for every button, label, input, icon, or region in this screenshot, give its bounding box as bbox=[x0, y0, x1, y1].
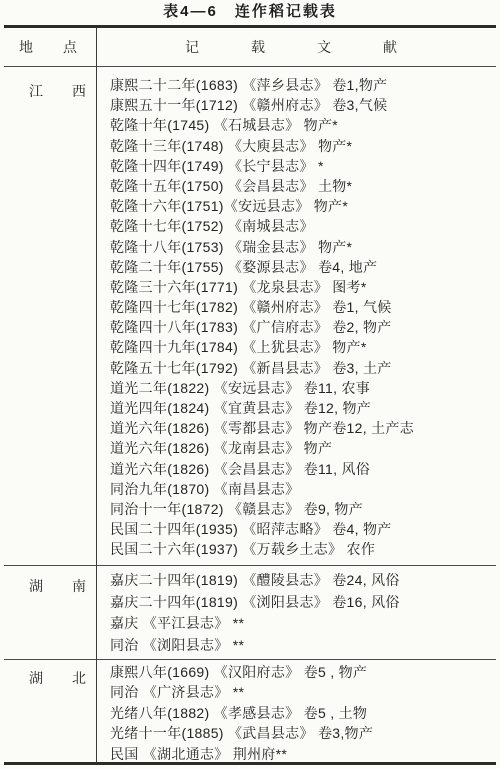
location-cell: 湖南 bbox=[4, 566, 97, 659]
record-row: 道光四年(1824) 《宜黄县志》 卷12, 物产 bbox=[110, 398, 496, 418]
record-row: 道光六年(1826) 《雩都县志》 物产卷12, 土产志 bbox=[110, 418, 496, 438]
record-row: 民国二十六年(1937) 《万载乡土志》 农作 bbox=[110, 539, 496, 559]
column-header-location: 地点 bbox=[4, 28, 97, 66]
table-title: 表4—6 连作稻记载表 bbox=[0, 0, 500, 25]
record-row: 同治 《浏阳县志》 ** bbox=[110, 635, 496, 657]
location-cell: 湖北 bbox=[4, 660, 97, 762]
record-row: 乾隆十四年(1749) 《长宁县志》 * bbox=[110, 156, 496, 176]
record-row: 乾隆十年(1745) 《石城县志》 物产* bbox=[110, 115, 496, 135]
column-header-literature: 记载文献 bbox=[97, 28, 496, 66]
records-table: 地点 记载文献 江西康熙二十二年(1683) 《萍乡县志》 卷1,物产康熙五十一… bbox=[4, 25, 496, 765]
record-row: 道光六年(1826) 《龙南县志》 物产 bbox=[110, 438, 496, 458]
record-row: 乾隆四十七年(1782) 《赣州府志》 卷1, 气候 bbox=[110, 297, 496, 317]
record-row: 乾隆十三年(1748) 《大庾县志》 物产* bbox=[110, 136, 496, 156]
record-row: 乾隆三十六年(1771) 《龙泉县志》 图考* bbox=[110, 277, 496, 297]
record-row: 民国二十四年(1935) 《昭萍志略》 卷4, 物产 bbox=[110, 519, 496, 539]
record-row: 康熙八年(1669) 《汉阳府志》 卷5 , 物产 bbox=[110, 662, 496, 682]
record-row: 同治十一年(1872) 《赣县志》 卷9, 物产 bbox=[110, 499, 496, 519]
record-row: 康熙五十一年(1712) 《赣州府志》 卷3,气候 bbox=[110, 95, 496, 115]
record-row: 乾隆五十七年(1792) 《新昌县志》 卷3, 土产 bbox=[110, 358, 496, 378]
record-row: 乾隆四十九年(1784) 《上犹县志》 物产* bbox=[110, 337, 496, 357]
table-section-1: 湖南嘉庆二十四年(1819) 《醴陵县志》 卷24, 风俗嘉庆二十四年(1819… bbox=[4, 565, 496, 659]
table-section-0: 江西康熙二十二年(1683) 《萍乡县志》 卷1,物产康熙五十一年(1712) … bbox=[4, 67, 496, 565]
literature-rows: 康熙八年(1669) 《汉阳府志》 卷5 , 物产同治 《广济县志》 **光绪八… bbox=[97, 660, 496, 762]
record-row: 乾隆十六年(1751)《安远县志》 物产* bbox=[110, 196, 496, 216]
record-row: 康熙二十二年(1683) 《萍乡县志》 卷1,物产 bbox=[110, 75, 496, 95]
record-row: 乾隆十五年(1750) 《会昌县志》 土物* bbox=[110, 176, 496, 196]
literature-rows: 康熙二十二年(1683) 《萍乡县志》 卷1,物产康熙五十一年(1712) 《赣… bbox=[97, 67, 496, 565]
table-header-row: 地点 记载文献 bbox=[4, 28, 496, 67]
record-row: 嘉庆二十四年(1819) 《醴陵县志》 卷24, 风俗 bbox=[110, 570, 496, 592]
record-row: 嘉庆 《平江县志》 ** bbox=[110, 613, 496, 635]
record-row: 乾隆十八年(1753) 《瑞金县志》 物产* bbox=[110, 237, 496, 257]
record-row: 同治九年(1870) 《南昌县志》 bbox=[110, 479, 496, 499]
record-row: 乾隆四十八年(1783) 《广信府志》 卷2, 物产 bbox=[110, 317, 496, 337]
table-body: 江西康熙二十二年(1683) 《萍乡县志》 卷1,物产康熙五十一年(1712) … bbox=[4, 67, 496, 762]
literature-rows: 嘉庆二十四年(1819) 《醴陵县志》 卷24, 风俗嘉庆二十四年(1819) … bbox=[97, 566, 496, 659]
record-row: 道光六年(1826) 《会昌县志》 卷11, 风俗 bbox=[110, 459, 496, 479]
record-row: 光绪十一年(1885) 《武昌县志》 卷3,物产 bbox=[110, 723, 496, 743]
record-row: 嘉庆二十四年(1819) 《浏阳县志》 卷16, 风俗 bbox=[110, 592, 496, 614]
record-row: 民国 《湖北通志》 荆州府** bbox=[110, 744, 496, 764]
record-row: 道光二年(1822) 《安远县志》 卷11, 农事 bbox=[110, 378, 496, 398]
location-cell: 江西 bbox=[4, 67, 97, 565]
record-row: 乾隆二十年(1755) 《婺源县志》 卷4, 地产 bbox=[110, 257, 496, 277]
record-row: 同治 《广济县志》 ** bbox=[110, 682, 496, 702]
scanned-book-page: 表4—6 连作稻记载表 地点 记载文献 江西康熙二十二年(1683) 《萍乡县志… bbox=[0, 0, 500, 769]
record-row: 乾隆十七年(1752) 《南城县志》 bbox=[110, 216, 496, 236]
table-section-2: 湖北康熙八年(1669) 《汉阳府志》 卷5 , 物产同治 《广济县志》 **光… bbox=[4, 659, 496, 762]
record-row: 光绪八年(1882) 《孝感县志》 卷5 , 土物 bbox=[110, 703, 496, 723]
